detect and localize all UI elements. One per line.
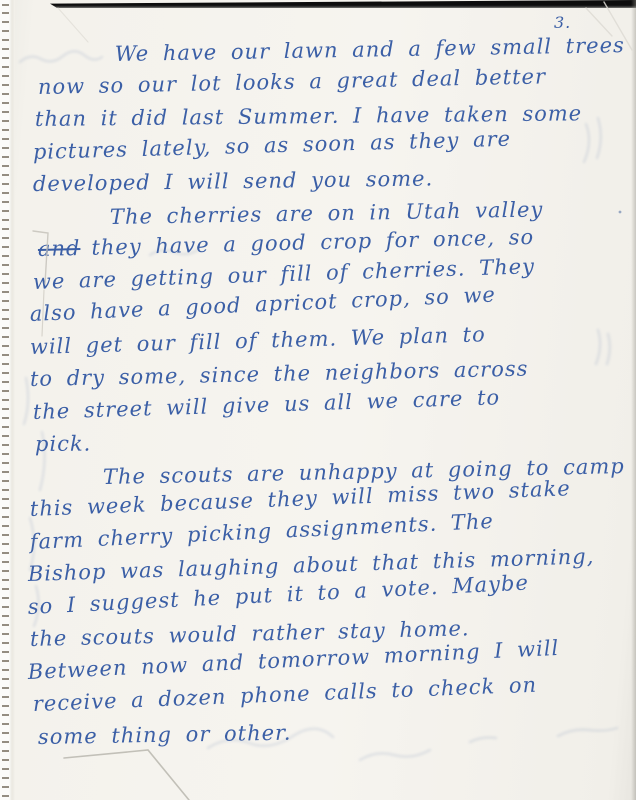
letter-body: We have our lawn and a few small trees i…	[0, 0, 636, 753]
handwritten-text: pick.	[35, 432, 92, 456]
handwritten-text: some thing or other.	[38, 720, 292, 748]
handwritten-text: developed I will send you some.	[33, 166, 434, 196]
struck-out-word: and	[38, 236, 81, 261]
handwritten-text: now so our lot looks a great deal better	[38, 64, 547, 99]
scanned-letter-page: 3. We have our lawn and a few small tree…	[0, 0, 636, 800]
